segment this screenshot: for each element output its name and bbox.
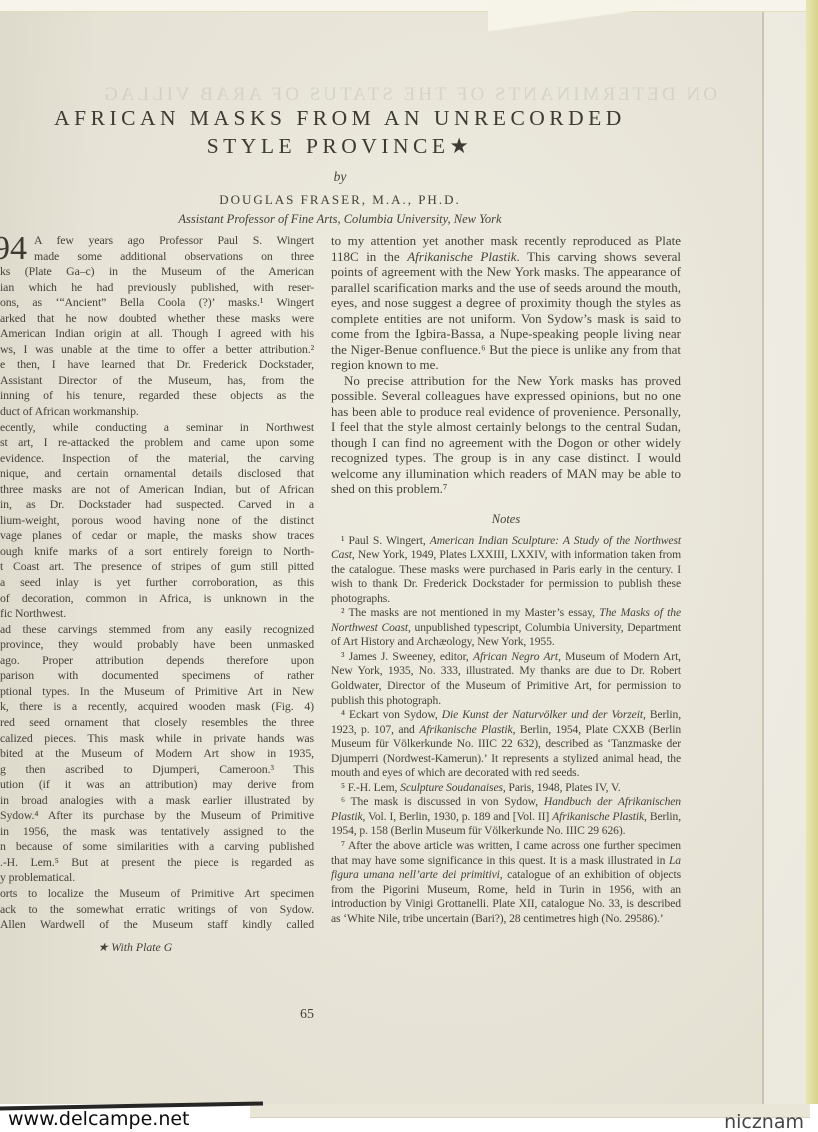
text-columns: 94 A few years ago Professor Paul S. Win…	[0, 233, 690, 955]
text-line: ago. Proper attribution depends therefor…	[0, 653, 314, 669]
text-line: y problematical.	[0, 870, 314, 886]
text-line: fic Northwest.	[0, 606, 314, 622]
text-line: ptional types. In the Museum of Primitiv…	[0, 684, 314, 700]
footnote: ⁵ F.-H. Lem, Sculpture Soudanaises, Pari…	[331, 781, 681, 796]
bleed-through-text: ON DETERMINANTS OF THE STATUS OF ARAB VI…	[0, 84, 818, 106]
article-number: 94	[0, 234, 27, 263]
left-column: 94 A few years ago Professor Paul S. Win…	[0, 233, 314, 955]
right-column-text: to my attention yet another mask recentl…	[331, 233, 681, 497]
paragraph: to my attention yet another mask recentl…	[331, 233, 681, 373]
watermark-seller: nicznam	[724, 1111, 804, 1132]
page-crease	[762, 10, 764, 1106]
text-line: in broad analogies with a mask earlier i…	[0, 793, 314, 809]
byline: by	[0, 169, 680, 185]
text-line: Sydow.⁴ After its purchase by the Museum…	[0, 808, 314, 824]
text-line: nique, and certain ornamental details di…	[0, 466, 314, 482]
text-line: t Coast art. The presence of stripes of …	[0, 559, 314, 575]
notes-heading: Notes	[331, 512, 681, 527]
right-column: to my attention yet another mask recentl…	[331, 233, 681, 955]
text-line: ian which he had previously published, w…	[0, 280, 314, 296]
footnote: ² The masks are not mentioned in my Mast…	[331, 606, 681, 650]
text-line: ough knife marks of a sort entirely fore…	[0, 544, 314, 560]
footnote: ⁶ The mask is discussed in von Sydow, Ha…	[331, 795, 681, 839]
text-line: ws, I was unable at the time to offer a …	[0, 342, 314, 358]
text-line: made some additional observations on thr…	[34, 249, 314, 265]
text-line: vage planes of cedar or maple, the masks…	[0, 528, 314, 544]
text-line: calized pieces. This mask while in priva…	[0, 731, 314, 747]
book-edge	[806, 0, 818, 1117]
article-title-line1: AFRICAN MASKS FROM AN UNRECORDED	[0, 104, 680, 132]
text-line: Allen Wardwell of the Museum staff kindl…	[0, 917, 314, 933]
text-line: in, as Dr. Dockstader had suspected. Car…	[0, 497, 314, 513]
text-line: k, there is a recently, acquired wooden …	[0, 699, 314, 715]
text-line: ecently, while conducting a seminar in N…	[0, 420, 314, 436]
text-line: lium-weight, porous wood having none of …	[0, 513, 314, 529]
text-line: ad these carvings stemmed from any easil…	[0, 622, 314, 638]
text-line: arked that he now doubted whether these …	[0, 311, 314, 327]
text-line: ack to the somewhat erratic writings of …	[0, 902, 314, 918]
text-line: red seed ornament that closely resembles…	[0, 715, 314, 731]
footnote: ⁴ Eckart von Sydow, Die Kunst der Naturv…	[331, 708, 681, 781]
text-line: bited at the Museum of Modern Art show i…	[0, 746, 314, 762]
footnote: ⁷ After the above article was written, I…	[331, 839, 681, 926]
left-column-text: A few years ago Professor Paul S. Winger…	[0, 233, 314, 933]
article-header: AFRICAN MASKS FROM AN UNRECORDED STYLE P…	[0, 104, 680, 227]
text-line: ks (Plate Ga–c) in the Museum of the Ame…	[0, 264, 314, 280]
paragraph: No precise attribution for the New York …	[331, 373, 681, 497]
text-line: in 1956, the mask was tentatively assign…	[0, 824, 314, 840]
text-line: evidence. Inspection of the material, th…	[0, 451, 314, 467]
page-top-corner	[488, 0, 818, 34]
text-line: three masks are not of American Indian, …	[0, 482, 314, 498]
page-number: 65	[300, 1007, 314, 1023]
text-line: a seed inlay is yet further corroboratio…	[0, 575, 314, 591]
author-name: DOUGLAS FRASER, M.A., PH.D.	[0, 192, 680, 208]
plate-footnote: ★ With Plate G	[0, 940, 270, 955]
text-line: duct of African workmanship.	[0, 404, 314, 420]
journal-page: ON DETERMINANTS OF THE STATUS OF ARAB VI…	[0, 0, 812, 1104]
text-line: ution (if it was an attribution) may der…	[0, 777, 314, 793]
text-line: American Indian origin at all. Though I …	[0, 326, 314, 342]
text-line: ons, as ‘“Ancient” Bella Coola (?)’ mask…	[0, 295, 314, 311]
text-line: Assistant Director of the Museum, has, f…	[0, 373, 314, 389]
scanned-page-photo: ON DETERMINANTS OF THE STATUS OF ARAB VI…	[0, 0, 818, 1132]
footnote: ¹ Paul S. Wingert, American Indian Sculp…	[331, 534, 681, 607]
text-line: inning of his tenure, regarded these obj…	[0, 388, 314, 404]
text-line: province, they would probably have been …	[0, 637, 314, 653]
text-line: orts to localize the Museum of Primitive…	[0, 886, 314, 902]
text-line: A few years ago Professor Paul S. Winger…	[34, 233, 314, 249]
text-line: n because of some similarities with a ca…	[0, 839, 314, 855]
text-line: parison with documented specimens of rat…	[0, 668, 314, 684]
footnote: ³ James J. Sweeney, editor, African Negr…	[331, 650, 681, 708]
author-affiliation: Assistant Professor of Fine Arts, Columb…	[0, 212, 680, 227]
page-margin-strip	[764, 10, 808, 1106]
text-line: st art, I re-attacked the problem and ca…	[0, 435, 314, 451]
article-title-line2: STYLE PROVINCE★	[0, 132, 680, 160]
notes-list: ¹ Paul S. Wingert, American Indian Sculp…	[331, 534, 681, 927]
watermark-delcampe: www.delcampe.net	[8, 1108, 190, 1130]
text-line: e then, I have learned that Dr. Frederic…	[0, 357, 314, 373]
text-line: of decoration, common in Africa, is unkn…	[0, 591, 314, 607]
text-line: .-H. Lem.⁵ But at present the piece is r…	[0, 855, 314, 871]
text-line: g then ascribed to Djumperi, Cameroon.³ …	[0, 762, 314, 778]
